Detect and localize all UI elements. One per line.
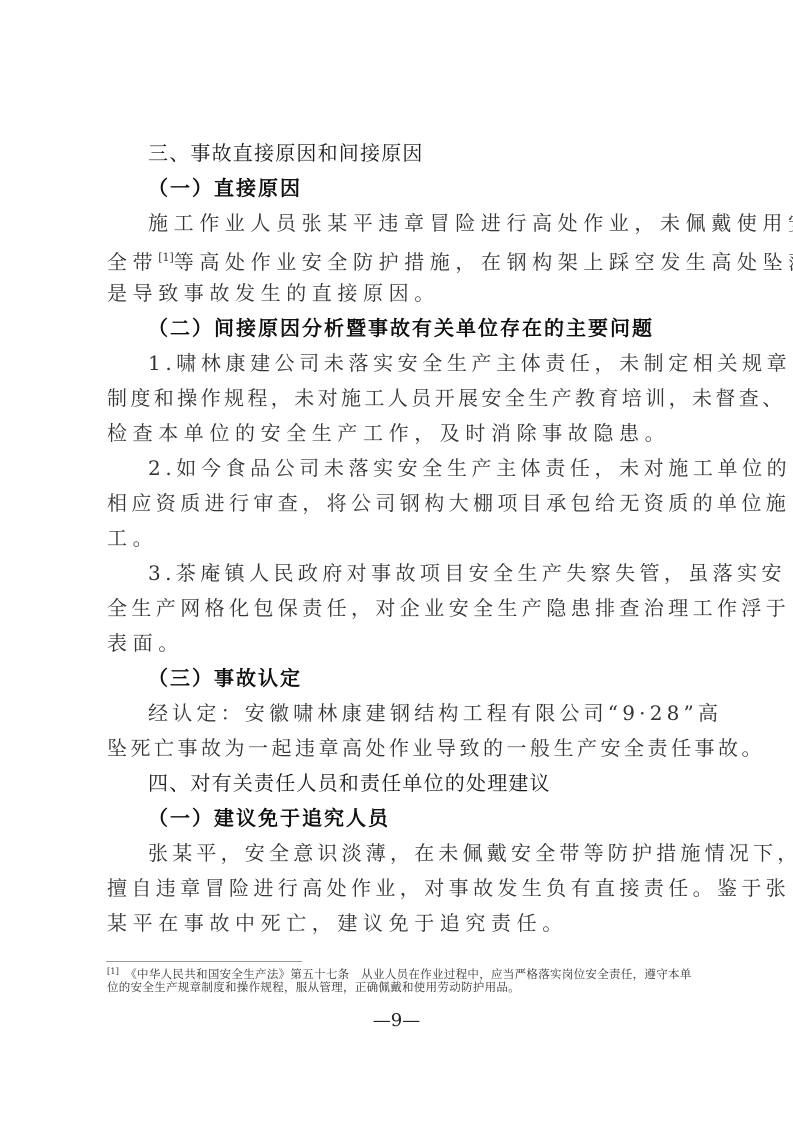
- footnote-text: 《中华人民共和国安全生产法》第五十七条 从业人员在作业过程中，应当严格落实岗位安…: [125, 967, 691, 981]
- footnote-divider: [106, 961, 302, 962]
- paragraph-line: 某平在事故中死亡，建议免于追究责任。: [107, 911, 568, 935]
- paragraph-line: 是导致事故发生的直接原因。: [107, 281, 440, 305]
- paragraph-line: 相应资质进行审查，将公司钢构大棚项目承包给无资质的单位施: [107, 491, 790, 515]
- section-4-heading: 四、对有关责任人员和责任单位的处理建议: [148, 771, 551, 795]
- subsection-direct-cause-heading: （一）直接原因: [148, 176, 302, 200]
- page-number: —9—: [0, 1010, 793, 1031]
- paragraph-line: 全生产网格化包保责任，对企业安全生产隐患排查治理工作浮于: [107, 596, 790, 620]
- paragraph-line: 检查本单位的安全生产工作，及时消除事故隐患。: [107, 421, 670, 445]
- footnote-line: 位的安全生产规章制度和操作规程，服从管理，正确佩戴和使用劳动防护用品。: [107, 980, 520, 995]
- footnote-ref[interactable]: [1]: [158, 251, 174, 264]
- text: 等高处作业安全防护措施，在钢构架上踩空发生高处坠落: [174, 250, 793, 274]
- subsection-indirect-cause-heading: （二）间接原因分析暨事故有关单位存在的主要问题: [148, 316, 654, 340]
- paragraph-line: 施工作业人员张某平违章冒险进行高处作业，未佩戴使用安: [148, 211, 793, 235]
- section-3-heading: 三、事故直接原因和间接原因: [148, 141, 424, 165]
- footnote-marker: [1]: [107, 967, 119, 976]
- paragraph-line: 经认定：安徽啸林康建钢结构工程有限公司“9·28”高: [148, 701, 722, 725]
- paragraph-line: 表面。: [107, 631, 184, 655]
- subsection-exempt-persons-heading: （一）建议免于追究人员: [148, 806, 390, 830]
- paragraph-line: 制度和操作规程，未对施工人员开展安全生产教育培训，未督查、: [107, 386, 786, 410]
- text: 全带: [107, 250, 158, 274]
- subsection-accident-determination-heading: （三）事故认定: [148, 666, 302, 690]
- paragraph-line: 2.如今食品公司未落实安全生产主体责任，未对施工单位的: [148, 456, 791, 480]
- paragraph-line: 擅自违章冒险进行高处作业，对事故发生负有直接责任。鉴于张: [107, 876, 790, 900]
- paragraph-line: 坠死亡事故为一起违章高处作业导致的一般生产安全责任事故。: [107, 736, 765, 760]
- paragraph-line: 1.啸林康建公司未落实安全生产主体责任，未制定相关规章: [148, 351, 791, 375]
- paragraph-line: 全带[1]等高处作业安全防护措施，在钢构架上踩空发生高处坠落: [107, 246, 793, 274]
- paragraph-line: 张某平，安全意识淡薄，在未佩戴安全带等防护措施情况下，: [148, 841, 793, 865]
- paragraph-line: 工。: [107, 526, 158, 550]
- paragraph-line: 3.茶庵镇人民政府对事故项目安全生产失察失管，虽落实安: [148, 561, 786, 585]
